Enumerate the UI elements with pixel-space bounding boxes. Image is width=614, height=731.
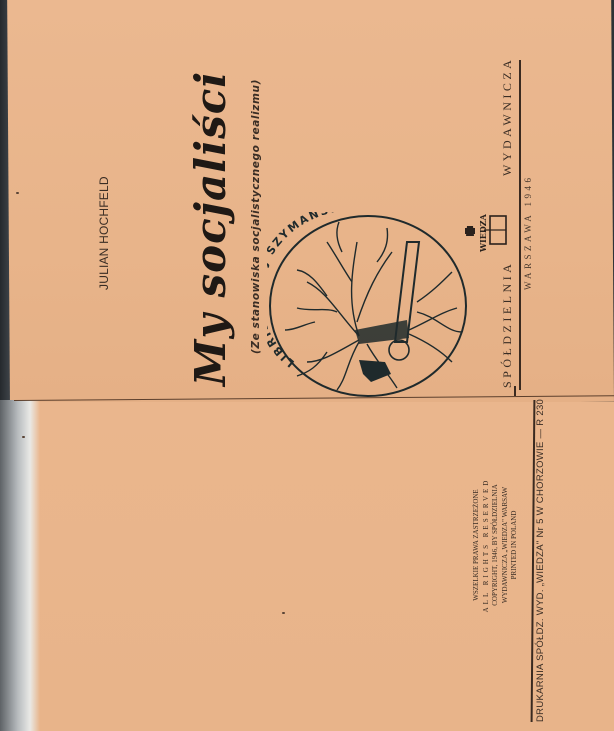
- book-title: My socjaliści: [186, 71, 235, 386]
- rights-line: WSZELKIE PRAWA ZASTRZEŻONE: [472, 470, 482, 620]
- divider-tick: [514, 386, 516, 396]
- rights-line: COPYRIGHT, 1946, BY SPÓŁDZIELNIA: [491, 470, 501, 620]
- paper-speck: [22, 436, 25, 438]
- rights-line: ALL RIGHTS RESERVED: [482, 470, 492, 620]
- rights-notice: WSZELKIE PRAWA ZASTRZEŻONE ALL RIGHTS RE…: [472, 470, 520, 620]
- torn-page-edge: [0, 400, 40, 731]
- printer-imprint: DRUKARNIA SPÓŁDZ. WYD. „WIEDZA" Nr 5 W C…: [535, 399, 546, 722]
- paper-speck: [16, 192, 19, 194]
- tree-bookplate-icon: LIBRIS MACIEJ SZYMAŃSKI: [267, 212, 469, 400]
- publisher-divider-rule: [519, 60, 521, 390]
- book-subtitle: (Ze stanowiska socjalistycznego realizmu…: [250, 79, 262, 354]
- place-and-year: WARSZAWA 1946: [523, 174, 533, 290]
- book-lamp-logo-icon: WIEDZA: [462, 206, 508, 254]
- facing-page: [14, 402, 614, 731]
- paper-speck: [282, 612, 285, 614]
- publisher-name-left: SPÓŁDZIELNIA: [500, 261, 515, 388]
- publisher-name-right: WYDAWNICZA: [500, 57, 515, 176]
- rights-line: PRINTED IN POLAND: [510, 470, 520, 620]
- publisher-logo-text: WIEDZA: [478, 213, 488, 253]
- author-name: JULIAN HOCHFELD: [97, 176, 111, 290]
- rights-line: WYDAWNICZA „WIEDZA" WARSAW: [501, 470, 511, 620]
